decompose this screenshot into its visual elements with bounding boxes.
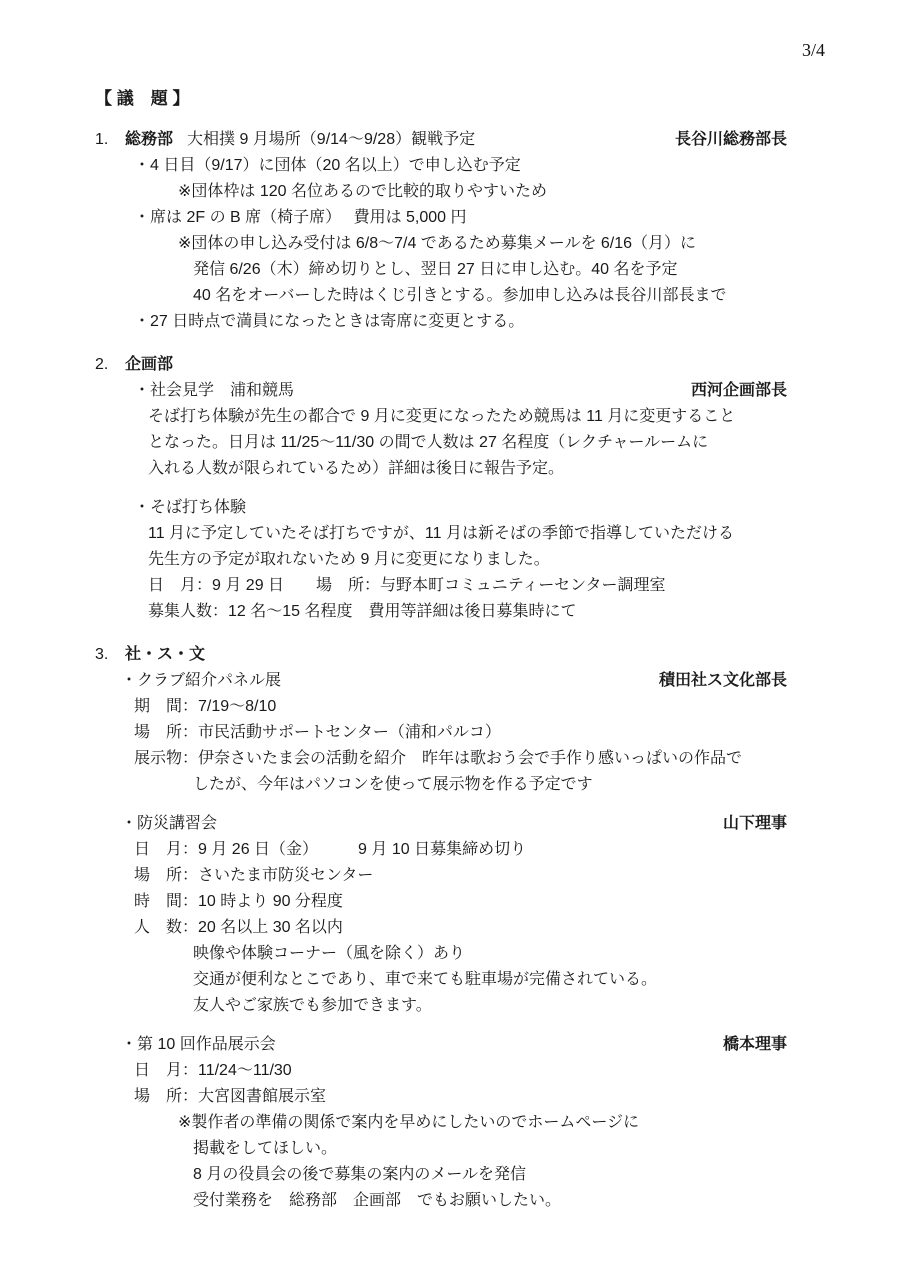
section-subtitle: 大相撲 9 月場所（9/14～9/28）観戦予定 — [187, 127, 475, 153]
line-text: 日 月：11/24～11/30 — [134, 1058, 292, 1084]
section: 1.総務部大相撲 9 月場所（9/14～9/28）観戦予定長谷川総務部長・4 日… — [95, 127, 787, 335]
line-text: 友人やご家族でも参加できます。 — [193, 993, 432, 1019]
section-title: 総務部 — [125, 127, 173, 153]
doc-line: 友人やご家族でも参加できます。 — [95, 993, 787, 1019]
doc-line: 11 月に予定していたそば打ちですが、11 月は新そばの季節で指導していただける — [95, 521, 787, 547]
doc-line: 時 間：10 時より 90 分程度 — [95, 889, 787, 915]
doc-line: そば打ち体験が先生の都合で 9 月に変更になったため競馬は 11 月に変更するこ… — [95, 404, 787, 430]
doc-line: 場 所：大宮図書館展示室 — [95, 1084, 787, 1110]
doc-line: 先生方の予定が取れないため 9 月に変更になりました。 — [95, 547, 787, 573]
agenda-sections: 1.総務部大相撲 9 月場所（9/14～9/28）観戦予定長谷川総務部長・4 日… — [95, 127, 787, 1214]
line-text: 時 間：10 時より 90 分程度 — [134, 889, 343, 915]
doc-line: ※団体枠は 120 名位あるので比較的取りやすいため — [95, 179, 787, 205]
section-title: 社・ス・文 — [125, 642, 205, 668]
doc-line: 映像や体験コーナー（風を除く）あり — [95, 941, 787, 967]
doc-line: 日 月：9 月 29 日 場 所：与野本町コミュニティーセンター調理室 — [95, 573, 787, 599]
line-text: ・第 10 回作品展示会 — [121, 1032, 276, 1058]
doc-line: ・クラブ紹介パネル展積田社ス文化部長 — [95, 668, 787, 694]
doc-line: ・4 日目（9/17）に団体（20 名以上）で申し込む予定 — [95, 153, 787, 179]
doc-line: ※団体の申し込み受付は 6/8～7/4 であるため募集メールを 6/16（月）に — [95, 231, 787, 257]
doc-line: ・第 10 回作品展示会橋本理事 — [95, 1032, 787, 1058]
doc-title: 【 議 題 】 — [95, 88, 787, 110]
doc-line: 掲載をしてほしい。 — [95, 1136, 787, 1162]
line-text: 映像や体験コーナー（風を除く）あり — [193, 941, 465, 967]
line-text: 40 名をオーバーした時はくじ引きとする。参加申し込みは長谷川部長まで — [193, 283, 726, 309]
line-text: ・防災講習会 — [121, 811, 217, 837]
page-number: 3/4 — [95, 40, 825, 60]
doc-line: 場 所：市民活動サポートセンター（浦和パルコ） — [95, 720, 787, 746]
doc-line: ・席は 2F の B 席（椅子席） 費用は 5,000 円 — [95, 205, 787, 231]
section-heading: 2.企画部 — [95, 352, 787, 378]
line-text: 発信 6/26（木）締め切りとし、翌日 27 日に申し込む。40 名を予定 — [193, 257, 678, 283]
owner-name: 西河企画部長 — [691, 378, 787, 404]
line-text: 交通が便利なとこであり、車で来ても駐車場が完備されている。 — [193, 967, 657, 993]
owner-name: 積田社ス文化部長 — [659, 668, 787, 694]
doc-line: 募集人数：12 名～15 名程度 費用等詳細は後日募集時にて — [95, 599, 787, 625]
line-text: 場 所：市民活動サポートセンター（浦和パルコ） — [134, 720, 501, 746]
line-text: したが、今年はパソコンを使って展示物を作る予定です — [193, 772, 593, 798]
section-title: 企画部 — [125, 352, 173, 378]
doc-line: 日 月：11/24～11/30 — [95, 1058, 787, 1084]
doc-line: となった。日月は 11/25～11/30 の間で人数は 27 名程度（レクチャー… — [95, 430, 787, 456]
line-text: ・席は 2F の B 席（椅子席） 費用は 5,000 円 — [134, 205, 467, 231]
section: 2.企画部・社会見学 浦和競馬西河企画部長そば打ち体験が先生の都合で 9 月に変… — [95, 352, 787, 625]
line-text: 入れる人数が限られているため）詳細は後日に報告予定。 — [148, 456, 564, 482]
line-text: となった。日月は 11/25～11/30 の間で人数は 27 名程度（レクチャー… — [148, 430, 708, 456]
line-text: 受付業務を 総務部 企画部 でもお願いしたい。 — [193, 1188, 561, 1214]
owner-name: 長谷川総務部長 — [675, 127, 787, 153]
document-page: 3/4 【 議 題 】 1.総務部大相撲 9 月場所（9/14～9/28）観戦予… — [0, 0, 900, 1272]
line-text: 期 間：7/19～8/10 — [134, 694, 276, 720]
section-number: 3. — [95, 642, 125, 668]
line-text: 先生方の予定が取れないため 9 月に変更になりました。 — [148, 547, 550, 573]
doc-line: ・27 日時点で満員になったときは寄席に変更とする。 — [95, 309, 787, 335]
line-text: 場 所：さいたま市防災センター — [134, 863, 373, 889]
line-text: 日 月：9 月 26 日（金） 9 月 10 日募集締め切り — [134, 837, 526, 863]
doc-line: 人 数：20 名以上 30 名以内 — [95, 915, 787, 941]
section-number: 2. — [95, 352, 125, 378]
line-text: 掲載をしてほしい。 — [193, 1136, 337, 1162]
doc-line: 日 月：9 月 26 日（金） 9 月 10 日募集締め切り — [95, 837, 787, 863]
doc-line: 場 所：さいたま市防災センター — [95, 863, 787, 889]
line-text: ・そば打ち体験 — [134, 495, 246, 521]
line-text: 募集人数：12 名～15 名程度 費用等詳細は後日募集時にて — [148, 599, 577, 625]
doc-line: 交通が便利なとこであり、車で来ても駐車場が完備されている。 — [95, 967, 787, 993]
doc-line: ・防災講習会山下理事 — [95, 811, 787, 837]
line-text: ・クラブ紹介パネル展 — [121, 668, 281, 694]
line-text: 人 数：20 名以上 30 名以内 — [134, 915, 343, 941]
line-text: 日 月：9 月 29 日 場 所：与野本町コミュニティーセンター調理室 — [148, 573, 665, 599]
section-number: 1. — [95, 127, 125, 153]
section-heading: 1.総務部大相撲 9 月場所（9/14～9/28）観戦予定長谷川総務部長 — [95, 127, 787, 153]
doc-line: 8 月の役員会の後で募集の案内のメールを発信 — [95, 1162, 787, 1188]
owner-name: 橋本理事 — [723, 1032, 787, 1058]
line-text: ※製作者の準備の関係で案内を早めにしたいのでホームページに — [178, 1110, 639, 1136]
line-text: ・社会見学 浦和競馬 — [134, 378, 294, 404]
line-text: 場 所：大宮図書館展示室 — [134, 1084, 326, 1110]
line-text: そば打ち体験が先生の都合で 9 月に変更になったため競馬は 11 月に変更するこ… — [148, 404, 735, 430]
line-text: 11 月に予定していたそば打ちですが、11 月は新そばの季節で指導していただける — [148, 521, 734, 547]
line-text: ※団体の申し込み受付は 6/8～7/4 であるため募集メールを 6/16（月）に — [178, 231, 696, 257]
doc-line: 展示物：伊奈さいたま会の活動を紹介 昨年は歌おう会で手作り感いっぱいの作品で — [95, 746, 787, 772]
section-heading: 3.社・ス・文 — [95, 642, 787, 668]
doc-line: 発信 6/26（木）締め切りとし、翌日 27 日に申し込む。40 名を予定 — [95, 257, 787, 283]
doc-line: したが、今年はパソコンを使って展示物を作る予定です — [95, 772, 787, 798]
section: 3.社・ス・文・クラブ紹介パネル展積田社ス文化部長期 間：7/19～8/10場 … — [95, 642, 787, 1214]
doc-line: ※製作者の準備の関係で案内を早めにしたいのでホームページに — [95, 1110, 787, 1136]
doc-line: 受付業務を 総務部 企画部 でもお願いしたい。 — [95, 1188, 787, 1214]
doc-line: 期 間：7/19～8/10 — [95, 694, 787, 720]
owner-name: 山下理事 — [723, 811, 787, 837]
line-text: ・27 日時点で満員になったときは寄席に変更とする。 — [134, 309, 524, 335]
doc-line: ・社会見学 浦和競馬西河企画部長 — [95, 378, 787, 404]
doc-line: 入れる人数が限られているため）詳細は後日に報告予定。 — [95, 456, 787, 482]
line-text: 展示物：伊奈さいたま会の活動を紹介 昨年は歌おう会で手作り感いっぱいの作品で — [134, 746, 742, 772]
doc-line: ・そば打ち体験 — [95, 495, 787, 521]
line-text: 8 月の役員会の後で募集の案内のメールを発信 — [193, 1162, 526, 1188]
line-text: ・4 日目（9/17）に団体（20 名以上）で申し込む予定 — [134, 153, 521, 179]
doc-line: 40 名をオーバーした時はくじ引きとする。参加申し込みは長谷川部長まで — [95, 283, 787, 309]
line-text: ※団体枠は 120 名位あるので比較的取りやすいため — [178, 179, 547, 205]
